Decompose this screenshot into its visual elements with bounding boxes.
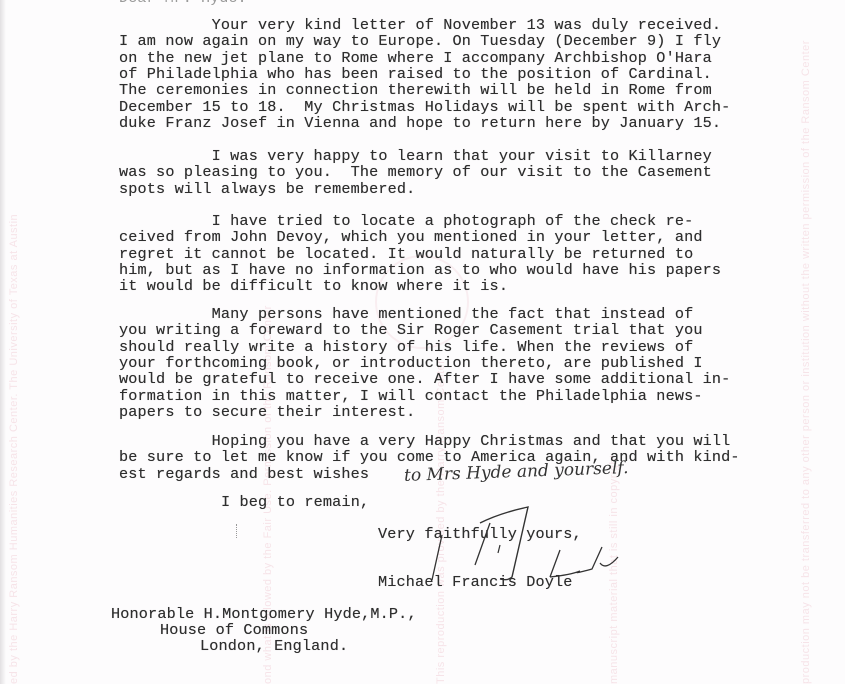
salutation-partial: Dear Mr. Hyde:	[119, 0, 247, 7]
letter-line: Your very kind letter of November 13 was…	[119, 17, 721, 33]
signature-name: Michael Francis Doyle	[378, 574, 573, 590]
addressee-line-1: Honorable H.Montgomery Hyde,M.P.,	[111, 606, 417, 622]
letter-line: ceived from John Devoy, which you mentio…	[119, 229, 703, 245]
letter-line: regret it cannot be located. It would na…	[119, 246, 693, 262]
closing-line: I beg to remain,	[221, 494, 369, 510]
letter-line: it would be difficult to know where it i…	[119, 278, 508, 294]
letter-line: of Philadelphia who has been raised to t…	[119, 66, 712, 82]
letter-line: your forthcoming book, or introduction t…	[119, 355, 703, 371]
letter-page: ed by the Harry Ransom Humanities Resear…	[0, 0, 845, 684]
letter-line: was so pleasing to you. The memory of ou…	[119, 164, 712, 180]
letter-line: I am now again on my way to Europe. On T…	[119, 33, 721, 49]
letter-line: should really write a history of his lif…	[119, 339, 693, 355]
letter-line: I was very happy to learn that your visi…	[119, 148, 712, 164]
letter-line: formation in this matter, I will contact…	[119, 388, 703, 404]
letter-line: Many persons have mentioned the fact tha…	[119, 306, 693, 322]
addressee-line-3: London, England.	[200, 638, 348, 654]
letter-line: spots will always be remembered.	[119, 181, 415, 197]
stray-mark	[236, 524, 239, 538]
watermark-right: production may not be transferred to any…	[800, 40, 812, 684]
letter-line: you writing a foreward to the Sir Roger …	[119, 322, 703, 338]
letter-line: December 15 to 18. My Christmas Holidays…	[119, 99, 730, 115]
letter-line: on the new jet plane to Rome where I acc…	[119, 50, 712, 66]
letter-line: est regards and best wishes	[119, 466, 369, 482]
letter-line: Hoping you have a very Happy Christmas a…	[119, 433, 730, 449]
letter-line: would be grateful to receive one. After …	[119, 371, 730, 387]
letter-line: papers to secure their interest.	[119, 404, 415, 420]
letter-line: The ceremonies in connection therewith w…	[119, 82, 712, 98]
addressee-line-2: House of Commons	[160, 622, 308, 638]
letter-line: him, but as I have no information as to …	[119, 262, 721, 278]
watermark-left: ed by the Harry Ransom Humanities Resear…	[8, 214, 20, 684]
letter-line: be sure to let me know if you come to Am…	[119, 449, 740, 465]
letter-line: duke Franz Josef in Vienna and hope to r…	[119, 115, 721, 131]
letter-line: I have tried to locate a photograph of t…	[119, 213, 693, 229]
page-edge-shadow	[0, 0, 6, 684]
